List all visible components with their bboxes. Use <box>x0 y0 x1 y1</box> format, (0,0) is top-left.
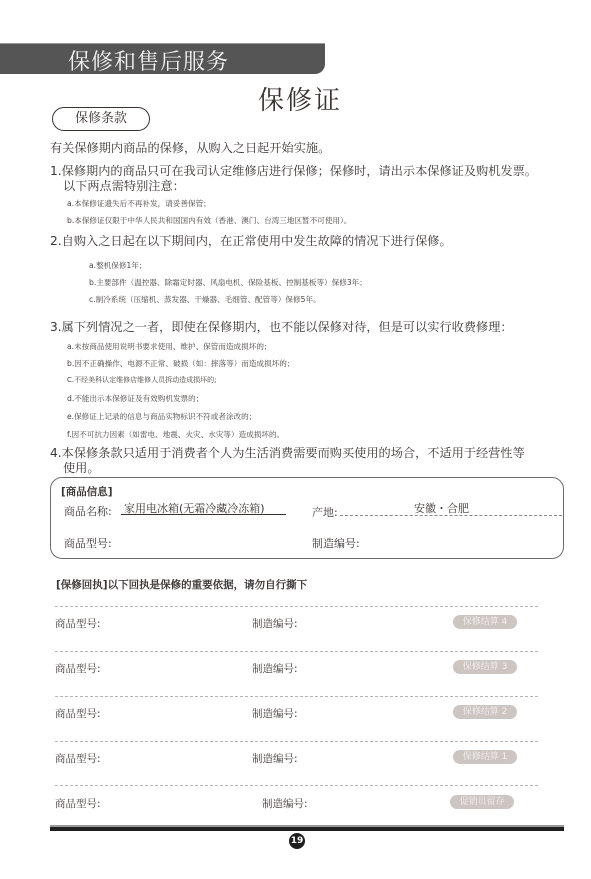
product-model-label: 商品型号: <box>64 535 112 551</box>
origin-value[interactable]: 安徽・合肥 <box>414 500 469 516</box>
receipt-model-label: 商品型号: <box>55 616 101 631</box>
receipt-heading: [保修回执]以下回执是保修的重要依据，请勿自行撕下 <box>56 577 307 592</box>
clause-1-item-a: a.本保修证遗失后不再补发，请妥善保管； <box>67 198 211 209</box>
clause-2-line-1: 2.自购入之日起在以下期间内，在正常使用中发生故障的情况下进行保修。 <box>50 232 452 249</box>
clause-3-item-b: b.因不正确操作、电源不正常、破损（如：摔落等）而造成损坏的； <box>67 358 294 369</box>
receipt-serial-label: 制造编号: <box>252 661 298 676</box>
product-name-label: 商品名称: <box>64 503 112 519</box>
intro-text: 有关保修期内商品的保修，从购入之日起开始实施。 <box>50 139 330 156</box>
clause-1-item-b: b.本保修证仅限于中华人民共和国国内有效（香港、澳门、台湾三地区暂不可使用）。 <box>67 215 351 226</box>
clause-3-item-e: e.保修证上记录的信息与商品实物标识不符或者涂改的； <box>67 411 256 422</box>
clause-2-item-a: a.整机保修1年； <box>89 260 146 271</box>
clause-3-item-f: f.因不可抗力因素（如雷电、地震、火灾、水灾等）造成损坏的。 <box>67 429 284 440</box>
tear-line <box>55 741 538 742</box>
product-info-heading: [商品信息] <box>61 484 113 499</box>
clause-3-line-1: 3.属下列情况之一者，即使在保修期内，也不能以保修对待，但是可以实行收费修理： <box>50 318 513 335</box>
clause-3-item-a: a.未按商品使用说明书要求使用、维护、保管而造成损坏的； <box>67 341 272 352</box>
receipt-serial-label: 制造编号: <box>252 706 298 721</box>
receipt-model-label: 商品型号: <box>55 706 101 721</box>
footer-rule <box>50 827 564 831</box>
receipt-badge: 促销员留存 <box>450 795 514 809</box>
receipt-model-label: 商品型号: <box>55 796 101 811</box>
product-info-box <box>50 477 564 559</box>
clause-2-item-c: c.制冷系统（压缩机、蒸发器、干燥器、毛细管、配管等）保修5年。 <box>89 294 321 305</box>
receipt-serial-label: 制造编号: <box>252 616 298 631</box>
clause-3-item-c: C.不经美科认定维修店维修人员拆动造成损坏的; <box>67 375 216 385</box>
tear-line <box>55 785 538 786</box>
clause-2-item-b: b.主要部件（温控器、除霜定时器、风扇电机、保险基板、控制基板等）保修3年； <box>89 277 367 288</box>
clause-4-line-1: 4.本保修条款只适用于消费者个人为生活消费需要而购买使用的场合，不适用于经营性等 <box>50 444 525 461</box>
section-title: 保修和售后服务 <box>68 45 229 76</box>
tear-line <box>55 696 538 697</box>
receipt-model-label: 商品型号: <box>55 661 101 676</box>
terms-heading-pill: 保修条款 <box>52 107 150 131</box>
origin-label: 产地: <box>312 504 338 520</box>
receipt-model-label: 商品型号: <box>55 751 101 766</box>
page-number: 19 <box>289 833 305 849</box>
receipt-badge: 保修结算 1 <box>453 750 517 764</box>
receipt-badge: 保修结算 3 <box>453 660 517 674</box>
clause-1-line-2: 以下两点需特别注意： <box>63 177 185 194</box>
receipt-serial-label: 制造编号: <box>252 751 298 766</box>
tear-line <box>55 651 538 652</box>
clause-4-line-2: 使用。 <box>63 459 100 476</box>
receipt-badge: 保修结算 2 <box>453 705 517 719</box>
product-name-underline <box>121 514 286 515</box>
tear-line <box>55 606 538 607</box>
serial-number-label: 制造编号: <box>312 535 360 551</box>
origin-underline <box>340 515 562 516</box>
receipt-serial-label: 制造编号: <box>262 796 308 811</box>
clause-3-item-d: d.不能出示本保修证及有效购机发票的； <box>67 393 203 404</box>
receipt-badge: 保修结算 4 <box>453 615 517 629</box>
